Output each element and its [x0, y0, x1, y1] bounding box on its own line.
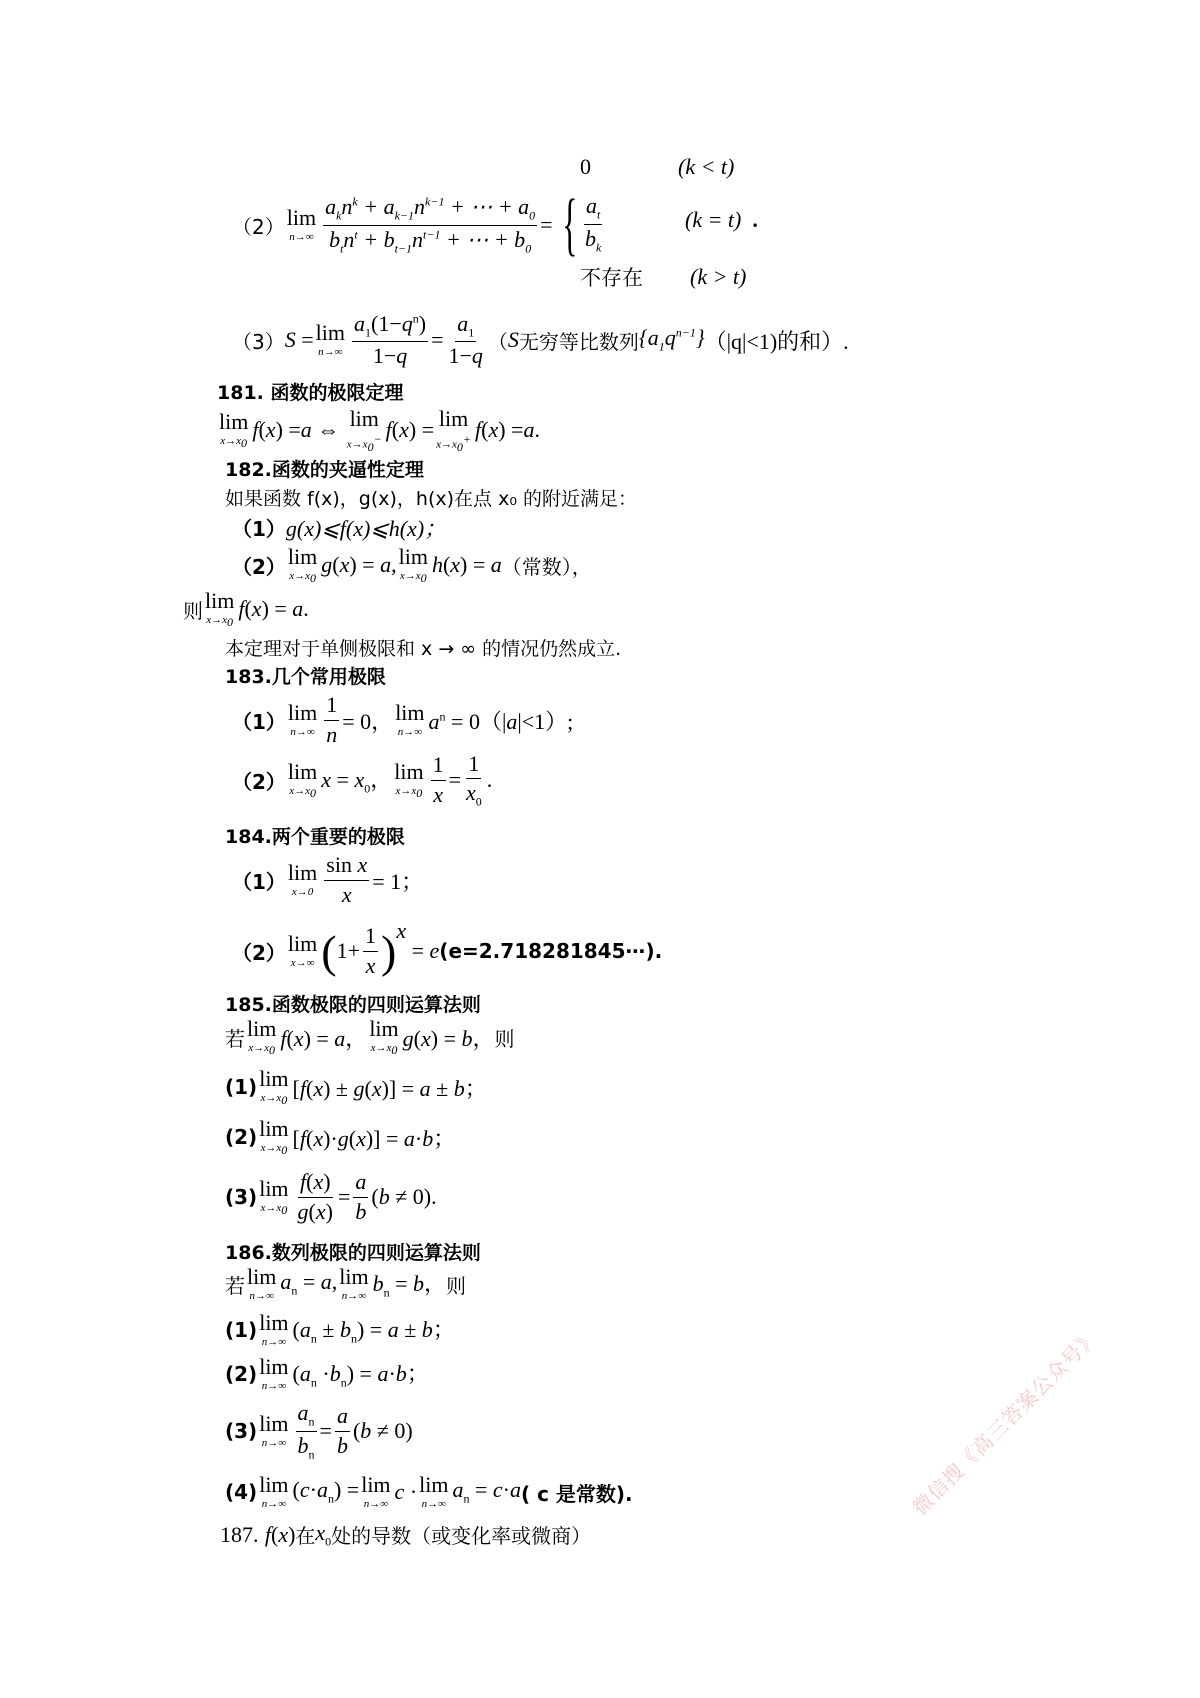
case-2-cond: (k = t) .	[685, 207, 758, 233]
case-2: atbk	[580, 194, 606, 254]
cond-182-1: （1） g(x)⩽f(x)⩽h(x)；	[232, 512, 446, 543]
premise-185: 若 limx→x0f(x) = a， limx→x0g(x) = b，则	[225, 1018, 515, 1056]
heading-183: 183.几个常用极限	[225, 662, 386, 689]
rule-185-1: (1) limx→x0 [f(x) ± g(x)] = a ± b；	[225, 1068, 487, 1106]
heading-182: 182.函数的夹逼性定理	[225, 455, 424, 482]
limit-184-2: （2） limx→∞ (1+ 1x )x = e (e=2.718281845⋯…	[232, 918, 662, 984]
case-3: 不存在	[580, 262, 643, 292]
heading-181: 181. 函数的极限定理	[217, 378, 404, 405]
rule-185-2: (2) limx→x0 [f(x)·g(x)] = a·b；	[225, 1118, 455, 1156]
rule-185-3: (3) limx→x0 f(x)g(x)= ab(b ≠ 0).	[225, 1162, 437, 1232]
case-3-cond: (k > t)	[690, 264, 746, 290]
document-page: （2） limn→∞ aknk + ak−1nk−1 + ⋯ + a0 btnt…	[0, 0, 1200, 1698]
premise-186: 若 limn→∞an = a, limn→∞bn = b，则	[225, 1266, 466, 1302]
formula-180-2: （2） limn→∞ aknk + ak−1nk−1 + ⋯ + a0 btnt…	[232, 170, 586, 280]
heading-187: 187. f(x) 在 x0 处的导数（或变化率或微商）	[220, 1520, 591, 1549]
rule-186-1: (1) limn→∞ (an ± bn) = a ± b；	[225, 1312, 455, 1348]
heading-186: 186.数列极限的四则运算法则	[225, 1238, 481, 1265]
fraction: aknk + ak−1nk−1 + ⋯ + a0 btnt + bt−1nt−1…	[323, 195, 537, 255]
heading-185: 185.函数极限的四则运算法则	[225, 990, 481, 1017]
limit-184-1: （1） limx→0 sin xx= 1；	[232, 852, 423, 908]
limit-183-1: （1） limn→∞ 1n= 0， limn→∞an = 0（|a|<1）;	[232, 692, 573, 748]
rule-186-2: (2) limn→∞ (an ·bn) = a·b；	[225, 1356, 429, 1392]
formula-180-3: （3） S = limn→∞ a1(1−qn)1−q = a11−q （S 无穷…	[232, 310, 849, 370]
cond-182-2: （2） limx→x0g(x) = a, limx→x0h(x) = a （常数…	[232, 546, 592, 584]
limit-183-2: （2） limx→x0x = x0， limx→x0 1x= 1x0.	[232, 752, 492, 808]
heading-184: 184.两个重要的极限	[225, 822, 405, 849]
watermark: 微信搜《高三答案公众号》	[905, 1322, 1104, 1521]
left-brace: {	[562, 190, 577, 260]
text-182-intro: 如果函数 f(x)，g(x)，h(x)在点 x₀ 的附近满足：	[225, 484, 637, 511]
lim-operator: limn→∞	[287, 207, 316, 243]
note-182: 本定理对于单侧极限和 x → ∞ 的情况仍然成立.	[225, 634, 621, 661]
rule-186-4: (4) limn→∞ (c·an) = limn→∞c · limn→∞an =…	[225, 1474, 633, 1510]
rule-186-3: (3) limn→∞ anbn= ab(b ≠ 0)	[225, 1396, 413, 1466]
item-label: （2）	[232, 211, 285, 240]
case-1: 0	[580, 154, 591, 180]
case-1-cond: (k < t)	[678, 154, 734, 180]
conclusion-182: 则 limx→x0f(x) = a.	[183, 590, 309, 628]
formula-181: limx→x0f(x) = a ⇔ limx→x0−f(x) = limx→x0…	[217, 408, 540, 453]
